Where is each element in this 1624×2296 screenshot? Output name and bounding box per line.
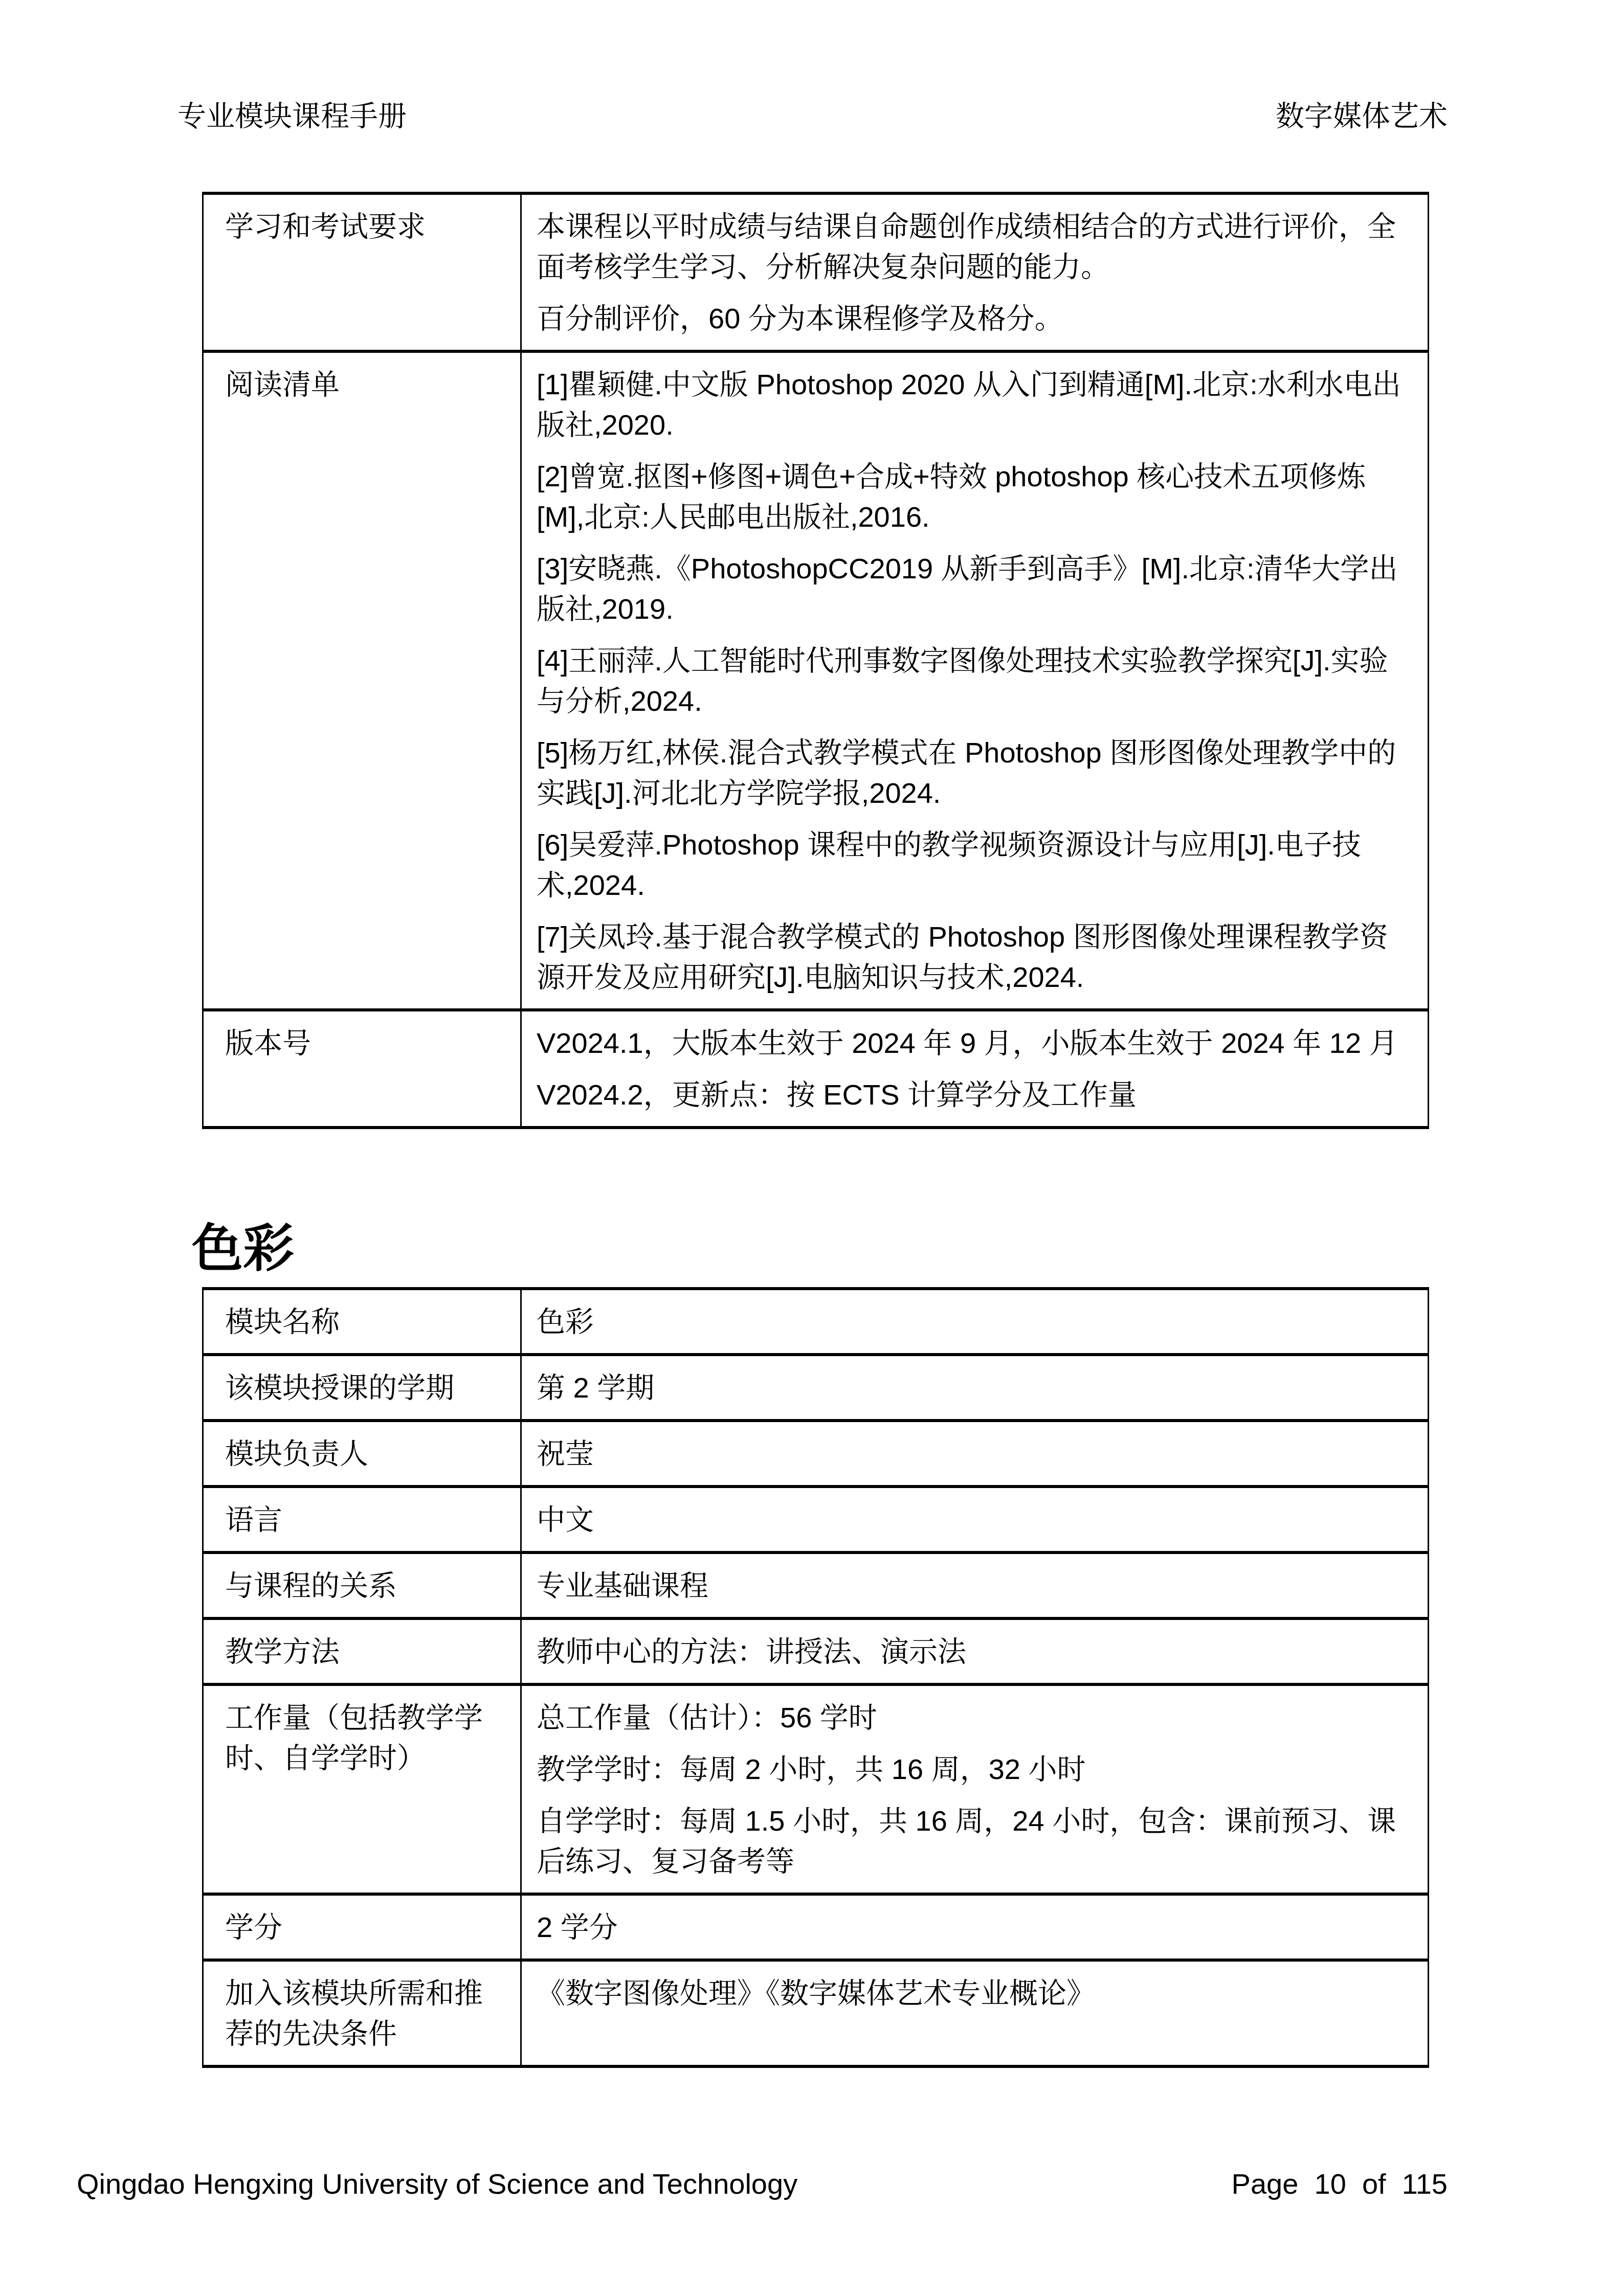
row-paragraph: V2024.1，大版本生效于 2024 年 9 月，小版本生效于 2024 年 …	[537, 1023, 1412, 1063]
row-paragraph: 百分制评价，60 分为本课程修学及格分。	[537, 298, 1412, 339]
row-paragraph: 自学学时：每周 1.5 小时，共 16 周，24 小时，包含：课前预习、课后练习…	[537, 1800, 1412, 1881]
row-content: V2024.1，大版本生效于 2024 年 9 月，小版本生效于 2024 年 …	[522, 1011, 1428, 1126]
row-label: 与课程的关系	[204, 1554, 522, 1617]
table-row: 加入该模块所需和推荐的先决条件《数字图像处理》《数字媒体艺术专业概论》	[204, 1962, 1428, 2065]
row-paragraph: 祝莹	[537, 1433, 1412, 1474]
row-paragraph: 本课程以平时成绩与结课自命题创作成绩相结合的方式进行评价，全面考核学生学习、分析…	[537, 206, 1412, 287]
running-footer: Qingdao Hengxing University of Science a…	[77, 2166, 1448, 2202]
table-row: 阅读清单[1]瞿颖健.中文版 Photoshop 2020 从入门到精通[M].…	[204, 353, 1428, 1011]
row-paragraph: V2024.2，更新点：按 ECTS 计算学分及工作量	[537, 1074, 1412, 1115]
row-paragraph: [5]杨万红,林侯.混合式教学模式在 Photoshop 图形图像处理教学中的实…	[537, 732, 1412, 813]
row-label: 工作量（包括教学学时、自学学时）	[204, 1686, 522, 1893]
row-content: 色彩	[522, 1290, 1428, 1353]
row-paragraph: 总工作量（估计）：56 学时	[537, 1697, 1412, 1738]
row-content: 祝莹	[522, 1422, 1428, 1485]
table-row: 模块名称色彩	[204, 1290, 1428, 1356]
table-row: 工作量（包括教学学时、自学学时）总工作量（估计）：56 学时教学学时：每周 2 …	[204, 1686, 1428, 1896]
table-row: 模块负责人祝莹	[204, 1422, 1428, 1488]
row-paragraph: 色彩	[537, 1301, 1412, 1342]
row-paragraph: [6]吴爱萍.Photoshop 课程中的教学视频资源设计与应用[J].电子技术…	[537, 824, 1412, 905]
table-row: 该模块授课的学期第 2 学期	[204, 1356, 1428, 1422]
row-paragraph: 2 学分	[537, 1907, 1412, 1947]
section-title: 色彩	[192, 1220, 294, 1278]
row-label: 该模块授课的学期	[204, 1356, 522, 1419]
table-row: 与课程的关系专业基础课程	[204, 1554, 1428, 1620]
row-paragraph: 中文	[537, 1499, 1412, 1540]
row-label: 教学方法	[204, 1620, 522, 1683]
row-paragraph: 《数字图像处理》《数字媒体艺术专业概论》	[537, 1973, 1412, 2013]
row-label: 加入该模块所需和推荐的先决条件	[204, 1962, 522, 2065]
row-label: 学分	[204, 1896, 522, 1959]
row-paragraph: 第 2 学期	[537, 1367, 1412, 1408]
table-row: 教学方法教师中心的方法：讲授法、演示法	[204, 1620, 1428, 1686]
row-content: 教师中心的方法：讲授法、演示法	[522, 1620, 1428, 1683]
row-paragraph: [3]安晓燕.《PhotoshopCC2019 从新手到高手》[M].北京:清华…	[537, 548, 1412, 629]
row-paragraph: 专业基础课程	[537, 1565, 1412, 1606]
row-content: 专业基础课程	[522, 1554, 1428, 1617]
row-content: 《数字图像处理》《数字媒体艺术专业概论》	[522, 1962, 1428, 2065]
row-label: 模块负责人	[204, 1422, 522, 1485]
table-row: 语言中文	[204, 1488, 1428, 1554]
course-info-table: 学习和考试要求本课程以平时成绩与结课自命题创作成绩相结合的方式进行评价，全面考核…	[202, 192, 1429, 1129]
row-content: 总工作量（估计）：56 学时教学学时：每周 2 小时，共 16 周，32 小时自…	[522, 1686, 1428, 1893]
footer-page-number: Page 10 of 115	[1232, 2166, 1448, 2202]
document-page: { "header": { "left": "专业模块课程手册", "right…	[0, 0, 1624, 2296]
table-row: 版本号V2024.1，大版本生效于 2024 年 9 月，小版本生效于 2024…	[204, 1011, 1428, 1126]
table-row: 学习和考试要求本课程以平时成绩与结课自命题创作成绩相结合的方式进行评价，全面考核…	[204, 195, 1428, 353]
header-right-text: 数字媒体艺术	[1276, 98, 1448, 134]
running-header: 专业模块课程手册 数字媒体艺术	[177, 98, 1448, 134]
row-paragraph: [1]瞿颖健.中文版 Photoshop 2020 从入门到精通[M].北京:水…	[537, 364, 1412, 445]
row-label: 版本号	[204, 1011, 522, 1126]
row-label: 阅读清单	[204, 353, 522, 1008]
row-content: 第 2 学期	[522, 1356, 1428, 1419]
row-content: 2 学分	[522, 1896, 1428, 1959]
row-content: 中文	[522, 1488, 1428, 1551]
footer-institution-text: Qingdao Hengxing University of Science a…	[77, 2166, 797, 2202]
row-paragraph: 教学学时：每周 2 小时，共 16 周，32 小时	[537, 1749, 1412, 1789]
row-paragraph: [7]关凤玲.基于混合教学模式的 Photoshop 图形图像处理课程教学资源开…	[537, 916, 1412, 997]
row-paragraph: [4]王丽萍.人工智能时代刑事数字图像处理技术实验教学探究[J].实验与分析,2…	[537, 640, 1412, 721]
table-row: 学分2 学分	[204, 1896, 1428, 1962]
row-label: 模块名称	[204, 1290, 522, 1353]
header-left-text: 专业模块课程手册	[177, 98, 407, 134]
module-info-table: 模块名称色彩该模块授课的学期第 2 学期模块负责人祝莹语言中文与课程的关系专业基…	[202, 1287, 1429, 2068]
row-content: 本课程以平时成绩与结课自命题创作成绩相结合的方式进行评价，全面考核学生学习、分析…	[522, 195, 1428, 350]
row-label: 学习和考试要求	[204, 195, 522, 350]
row-paragraph: [2]曾宽.抠图+修图+调色+合成+特效 photoshop 核心技术五项修炼[…	[537, 456, 1412, 537]
row-label: 语言	[204, 1488, 522, 1551]
row-content: [1]瞿颖健.中文版 Photoshop 2020 从入门到精通[M].北京:水…	[522, 353, 1428, 1008]
row-paragraph: 教师中心的方法：讲授法、演示法	[537, 1631, 1412, 1672]
